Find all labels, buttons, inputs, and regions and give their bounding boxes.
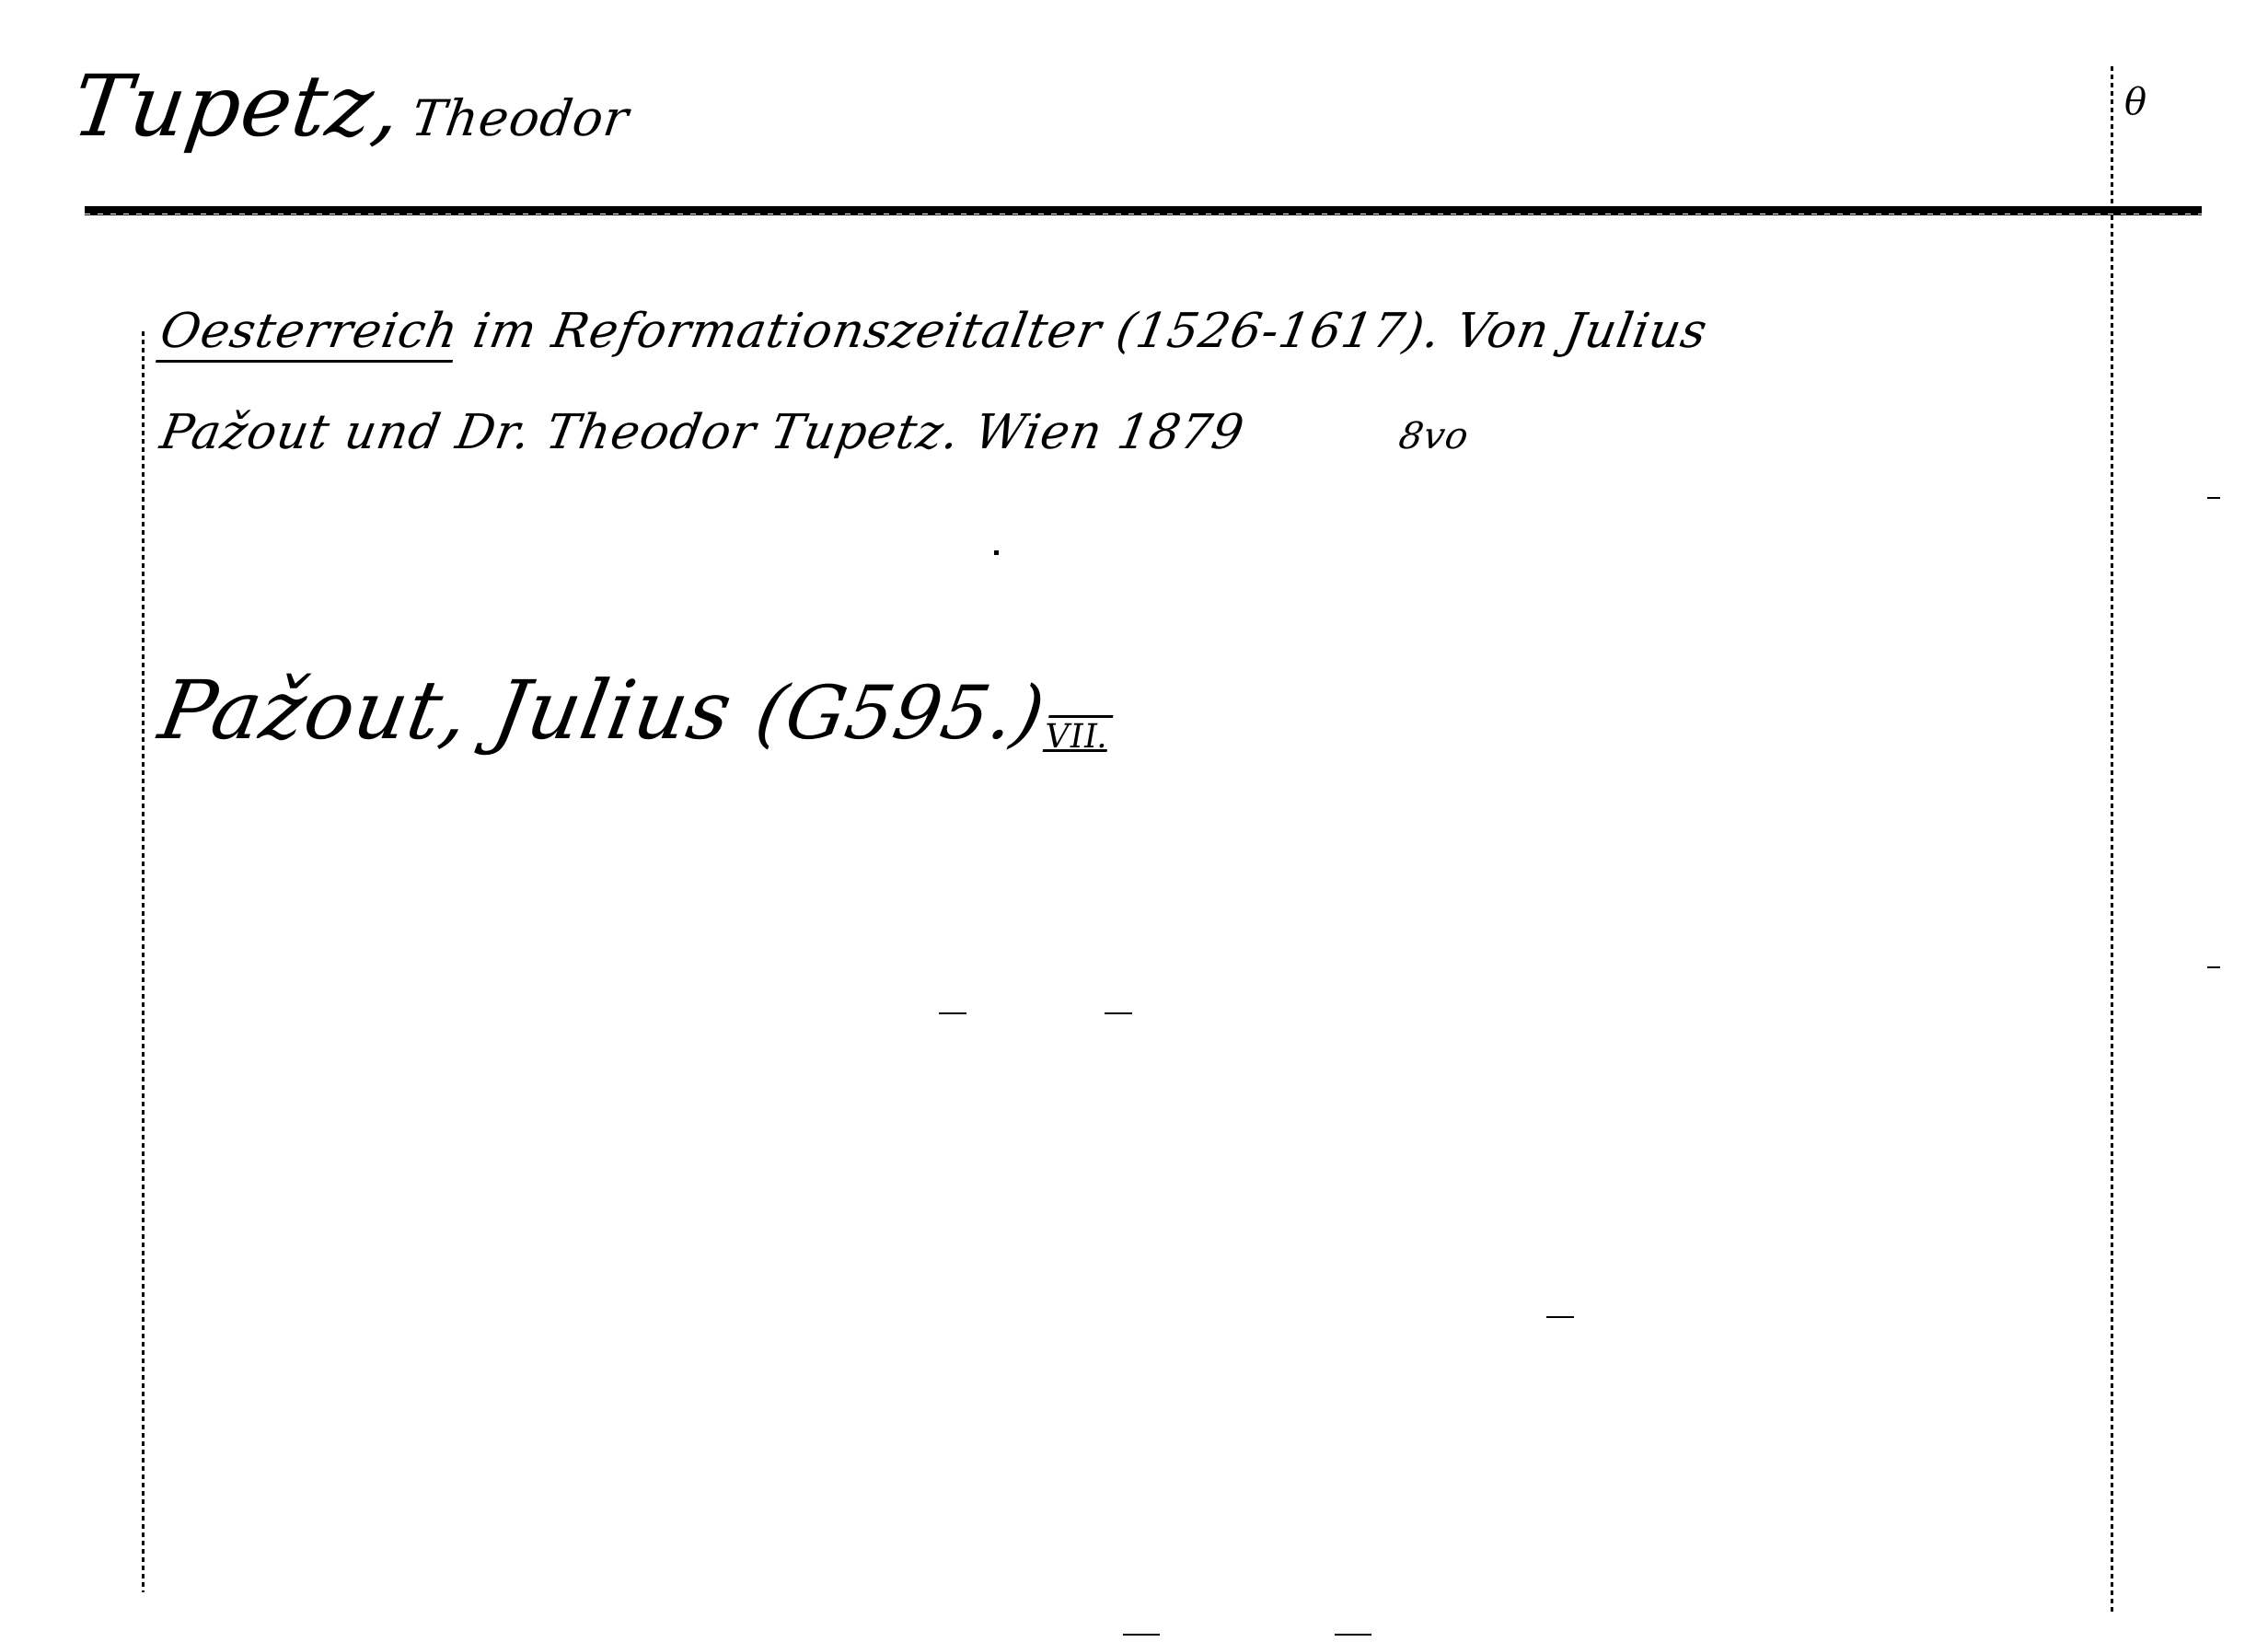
title-line-2-text: Pažout und Dr. Theodor Tupetz. Wien 1879	[156, 405, 1249, 460]
heading-surname: Tupetz,	[66, 57, 408, 156]
volume-number: VII.	[1042, 718, 1113, 756]
title-line-2: Pažout und Dr. Theodor Tupetz. Wien 1879…	[156, 405, 1475, 460]
scan-dash	[1105, 1012, 1132, 1014]
format-mark: 8vo	[1395, 415, 1472, 457]
scan-dash	[1123, 1634, 1160, 1636]
cross-reference: Pažout, Julius (G595.)VII.	[153, 663, 1123, 757]
scan-dash	[2207, 966, 2220, 968]
cross-reference-name: Pažout, Julius	[153, 663, 739, 757]
scan-dash	[2207, 497, 2220, 499]
scan-dash	[1546, 1316, 1574, 1318]
heading-rule-texture	[85, 214, 2202, 214]
right-margin-dotted-line	[2111, 66, 2113, 1613]
catalog-card: Tupetz,Theodor θ Oesterreich im Reformat…	[0, 0, 2268, 1642]
call-number: (G595.)	[749, 670, 1051, 756]
corner-mark: θ	[2124, 81, 2147, 123]
scan-speck	[994, 550, 999, 555]
card-heading: Tupetz,Theodor	[66, 57, 637, 156]
left-margin-dotted-line	[142, 331, 145, 1592]
heading-given-name: Theodor	[408, 89, 632, 147]
title-first-word: Oesterreich	[156, 304, 463, 359]
title-line-1: Oesterreich im Reformationszeitalter (15…	[156, 304, 1712, 359]
scan-dash	[939, 1012, 966, 1014]
title-line-1-rest: im Reformationszeitalter (1526-1617). Vo…	[453, 304, 1711, 359]
scan-dash	[1335, 1634, 1371, 1636]
